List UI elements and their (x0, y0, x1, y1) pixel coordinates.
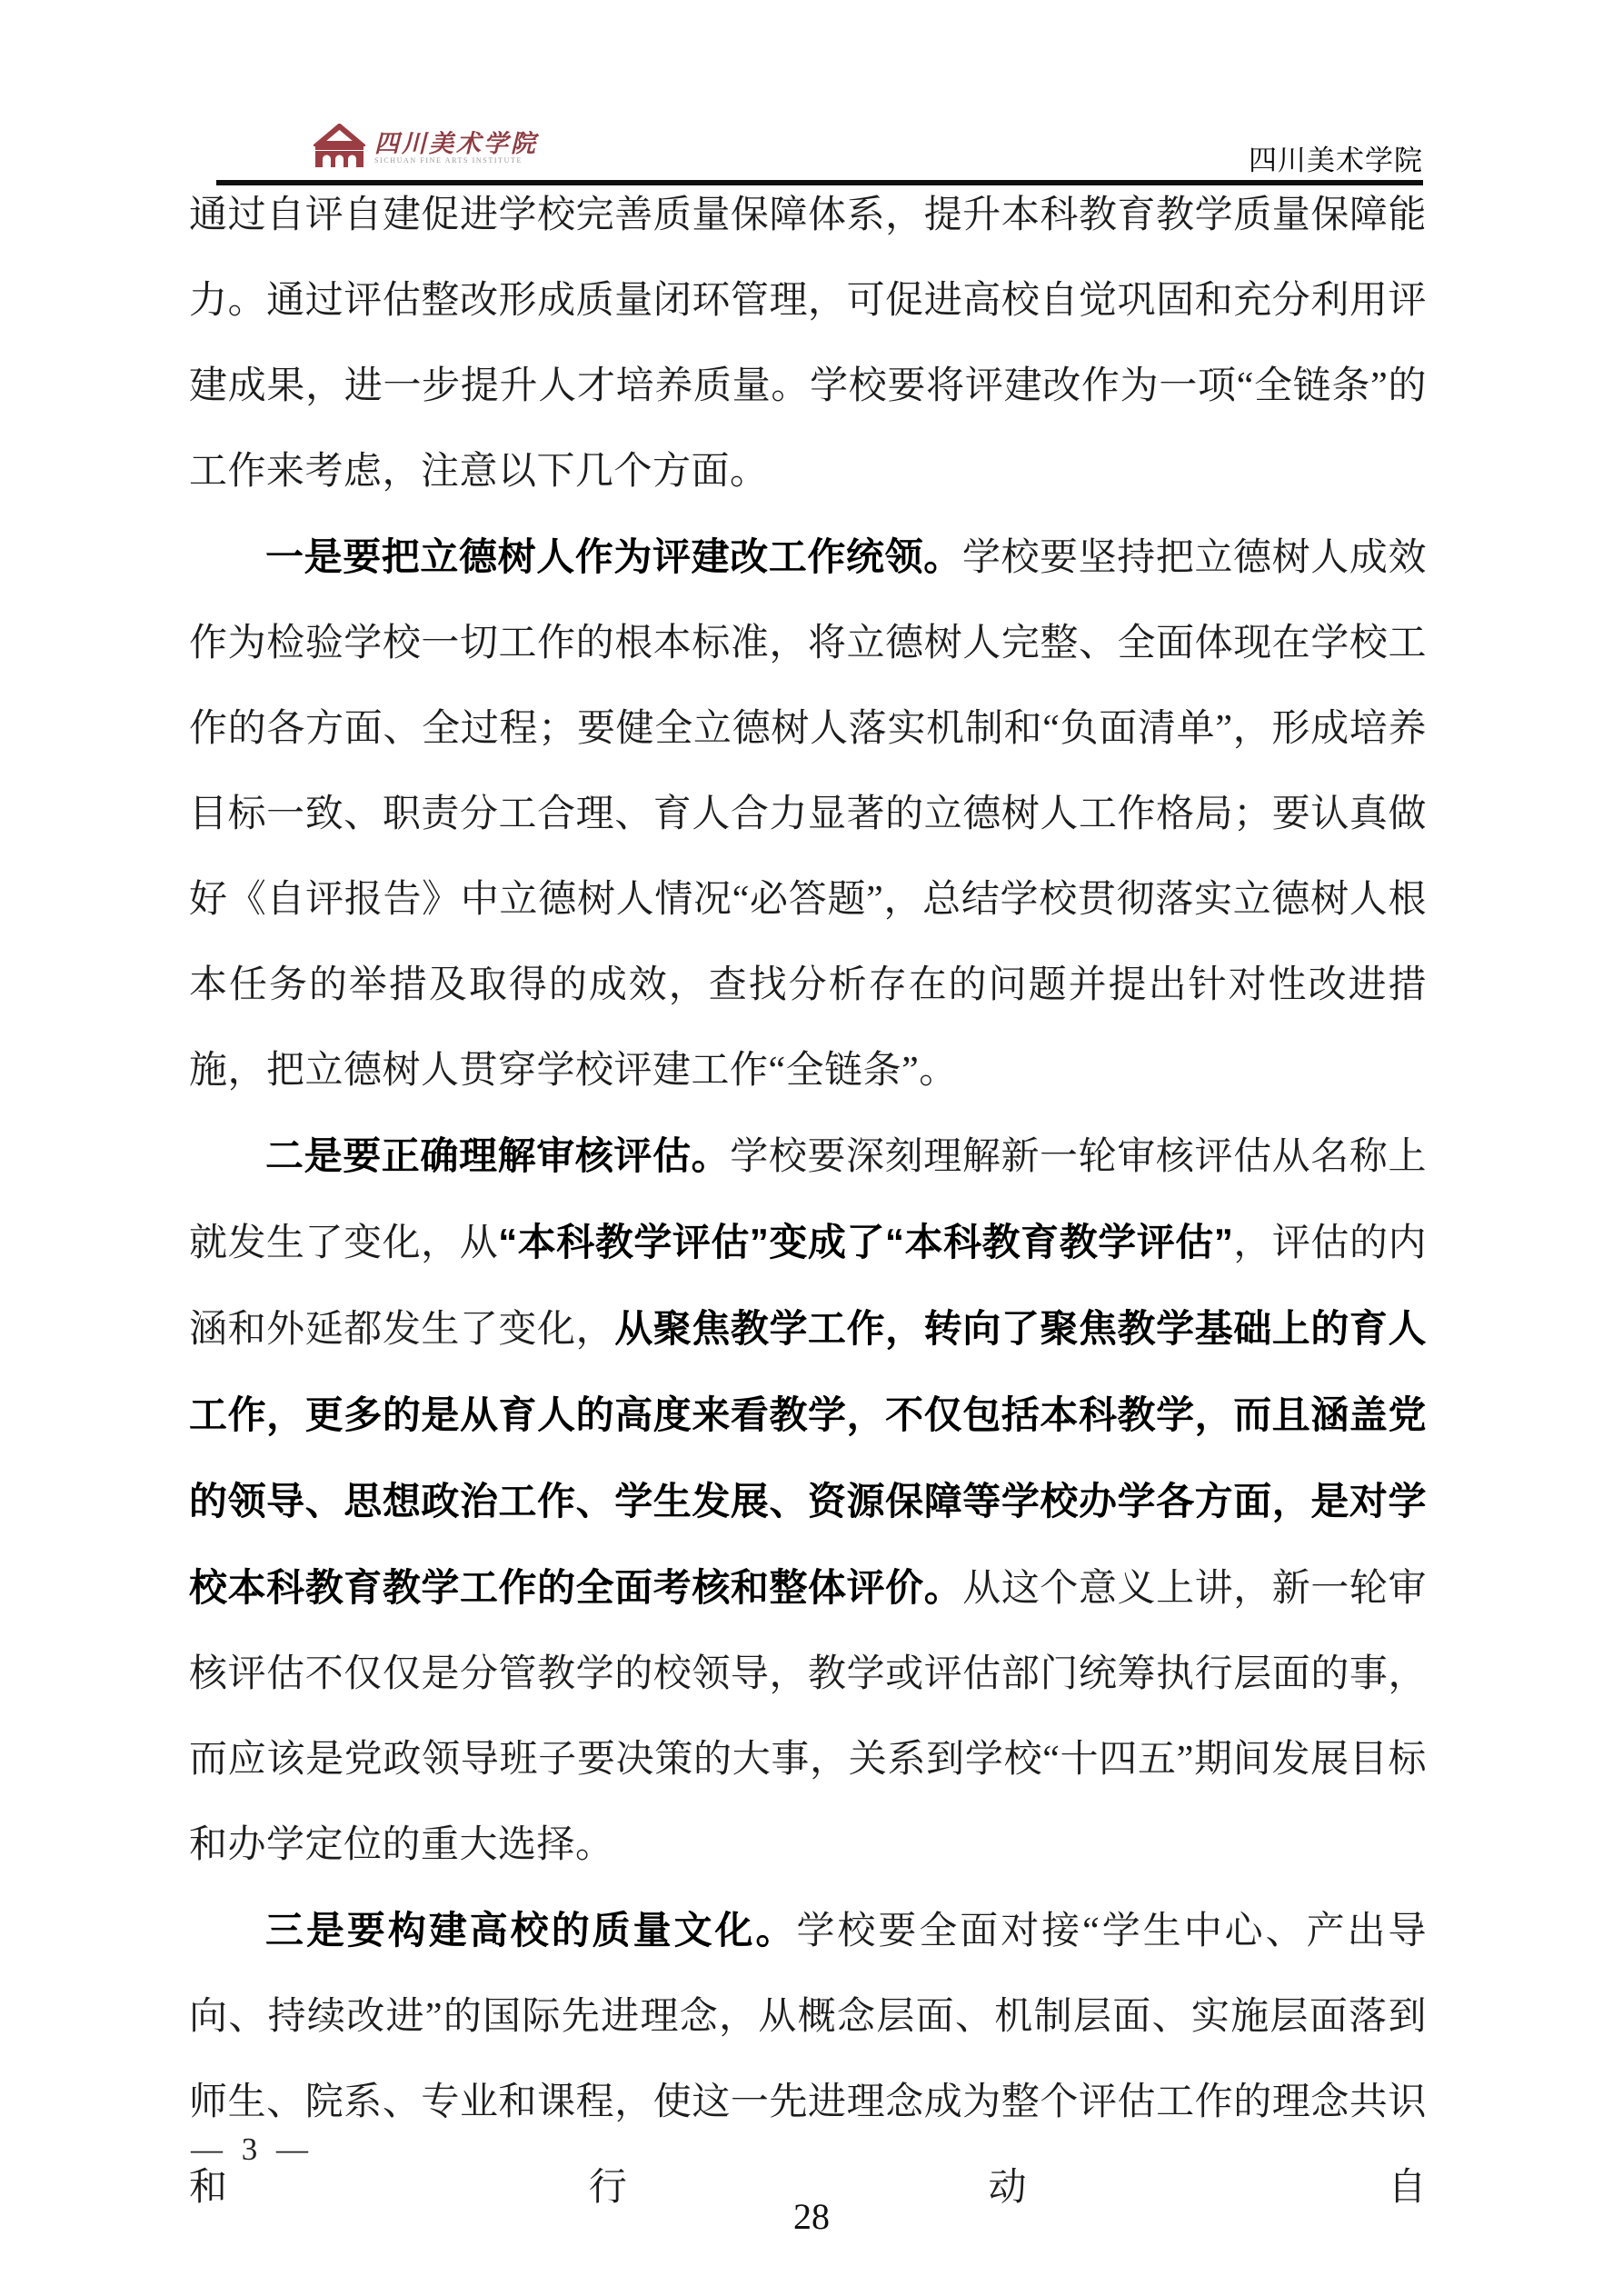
text-segment: 通过自评自建促进学校完善质量保障体系，提升本科教育教学质量保障能力。通过评估整改… (189, 195, 1427, 493)
paragraph: 三是要构建高校的质量文化。学校要全面对接“学生中心、产出导向、持续改进”的国际先… (189, 1888, 1427, 2231)
document-page: 四川美术学院 SICHUAN FINE ARTS INSTITUTE 四川美术学… (0, 0, 1623, 2296)
logo-name-cn: 四川美术学院 (374, 131, 538, 156)
paragraph: 一是要把立德树人作为评建改工作统领。学校要坚持把立德树人成效作为检验学校一切工作… (189, 514, 1427, 1113)
bold-text-segment: 二是要正确理解审核评估。 (265, 1134, 730, 1177)
bold-text-segment: 一是要把立德树人作为评建改工作统领。 (265, 535, 962, 578)
paragraph: 通过自评自建促进学校完善质量保障体系，提升本科教育教学质量保障能力。通过评估整改… (189, 173, 1427, 514)
text-segment: 从这个意义上讲，新一轮审核评估不仅仅是分管教学的校领导，教学或评估部门统筹执行层… (189, 1568, 1427, 1866)
document-body: 通过自评自建促进学校完善质量保障体系，提升本科教育教学质量保障能力。通过评估整改… (189, 173, 1427, 2231)
school-logo: 四川美术学院 SICHUAN FINE ARTS INSTITUTE (314, 124, 538, 167)
text-segment: 学校要坚持把立德树人成效作为检验学校一切工作的根本标准，将立德树人完整、全面体现… (189, 537, 1427, 1092)
paragraph: 二是要正确理解审核评估。学校要深刻理解新一轮审核评估从名称上就发生了变化，从“本… (189, 1113, 1427, 1888)
archway-gate-icon (314, 124, 365, 167)
bold-text-segment: 三是要构建高校的质量文化。 (265, 1909, 796, 1952)
header-school-name: 四川美术学院 (1249, 146, 1423, 175)
sheet-page-number: 28 (0, 2196, 1623, 2238)
logo-text: 四川美术学院 SICHUAN FINE ARTS INSTITUTE (374, 124, 538, 165)
text-segment: 学校要全面对接“学生中心、产出导向、持续改进”的国际先进理念，从概念层面、机制层… (189, 1911, 1427, 2209)
bold-text-segment: “本科教学评估”变成了“本科教育教学评估” (498, 1221, 1233, 1263)
bold-text-segment: 从聚焦教学工作，转向了聚焦教学基础上的育人工作，更多的是从育人的高度来看教学，不… (189, 1307, 1427, 1609)
logo-name-en: SICHUAN FINE ARTS INSTITUTE (374, 156, 538, 165)
document-page-number: — 3 — (191, 2131, 314, 2169)
